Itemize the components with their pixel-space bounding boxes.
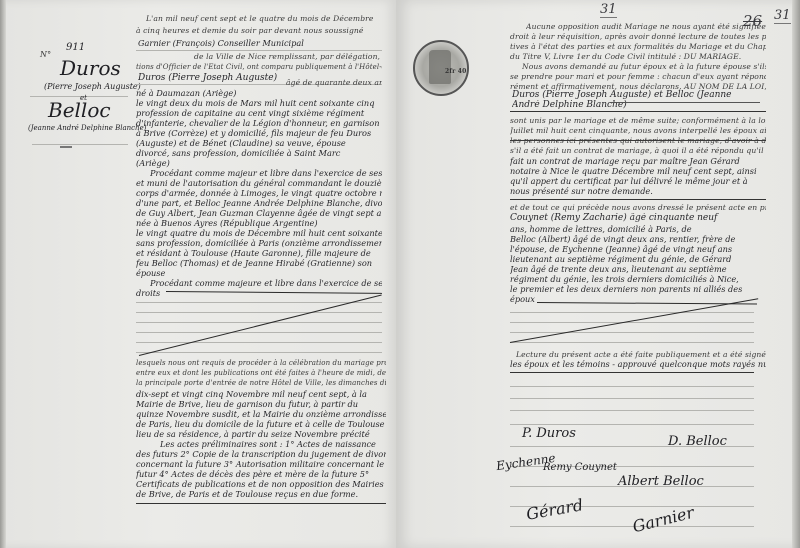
bride-name: d'une part, et Belloc Jeanne Andrée Delp…: [136, 198, 382, 208]
act-line: sans profession, domiciliée à Paris (onz…: [136, 238, 382, 248]
closing-line: Lecture du présent acte a été faite publ…: [516, 350, 766, 359]
signature-witness-albert-belloc: Albert Belloc: [618, 474, 704, 489]
act-line: corps d'armée, donnée à Limoges, le ving…: [136, 188, 382, 198]
preliminary-acts-line: Certificats de publications et de non op…: [136, 479, 386, 489]
act-line: et muni de l'autorisation du général com…: [136, 178, 382, 188]
page-edge-left: [0, 0, 6, 548]
act-line: du Titre V, Livre 1er du Code Civil inti…: [510, 52, 766, 61]
witness-intro: et de tout ce qui précède nous avons dre…: [510, 203, 766, 212]
act-line: Procédant comme majeur et libre dans l'e…: [150, 168, 382, 178]
act-line: Nous avons demandé au futur époux et à l…: [522, 62, 766, 71]
ruled-line: [510, 312, 754, 313]
contract-line: qu'il appert du certificat par lui déliv…: [510, 176, 766, 186]
act-line: divorcé, sans profession, domiciliée à S…: [136, 148, 382, 158]
page-edge-right: [792, 0, 800, 548]
ruled-line: [510, 322, 754, 323]
section-rule: [510, 111, 766, 112]
preliminary-acts-line: des futurs 2° Copie de la transcription …: [136, 449, 386, 459]
ruled-line: [136, 312, 382, 313]
revenue-stamp-seal: 2fr 40: [413, 40, 469, 96]
act-line: à cinq heures et demie du soir par devan…: [136, 26, 382, 35]
ruled-line: [136, 352, 382, 353]
section-rule: [510, 199, 766, 200]
witness-line: lieutenant au septième régiment du génie…: [510, 254, 766, 264]
officer-name: Garnier (François) Conseiller Municipal: [138, 38, 382, 48]
closing-line: les époux et les témoins - approuvé quel…: [510, 359, 766, 369]
publication-line: entre eux et dont les publications ont é…: [136, 369, 386, 377]
ruled-line: [136, 322, 382, 323]
witness-line: régiment du génie, les trois derniers do…: [510, 274, 766, 284]
ruled-line: [510, 398, 754, 399]
margin-bride-given-names: (Jeanne André Delphine Blanche): [28, 124, 146, 132]
act-line: d'infanterie, chevalier de la Légion d'h…: [136, 118, 382, 128]
publication-line: lieu de sa résidence, à partir du seize …: [136, 429, 386, 439]
act-line: sont unis par le mariage et de même suit…: [510, 116, 766, 125]
margin-rule: [30, 96, 128, 97]
margin-number-label: N°: [40, 50, 51, 59]
act-line: et résidant à Toulouse (Haute Garonne), …: [136, 248, 382, 258]
act-line: Aucune opposition audit Mariage ne nous …: [526, 22, 766, 31]
act-line: à Brive (Corrèze) et y domicilié, fils m…: [136, 128, 382, 138]
struck-act-line: les personnes ici présentes qui autorise…: [510, 136, 766, 145]
folio-number-corner: 31: [774, 8, 791, 24]
preliminary-acts-line: concernant la future 3° Autorisation mil…: [136, 459, 386, 469]
preliminary-acts-line: de Brive, de Paris et de Toulouse reçus …: [136, 489, 386, 499]
witness-line: Jean âgé de trente deux ans, lieutenant …: [510, 264, 766, 274]
bride-birthplace: née à Buenos Ayres (République Argentine…: [136, 218, 382, 228]
margin-groom-surname: Duros: [60, 56, 121, 80]
signature-groom: P. Duros: [522, 426, 576, 441]
act-line: (Ariège): [136, 158, 382, 168]
folio-number-center: 31: [600, 2, 617, 18]
groom-parents: (Auguste) et de Bénet (Claudine) sa veuv…: [136, 138, 382, 148]
witness-line: Belloc (Albert) âgé de vingt deux ans, r…: [510, 234, 766, 244]
act-line: s'il a été fait un contrat de mariage, à…: [510, 146, 766, 155]
ruled-line: [610, 102, 760, 103]
publication-line: Mairie de Brive, lieu de garnison du fut…: [136, 399, 386, 409]
publication-line: lesquels nous ont requis de procéder à l…: [136, 359, 386, 367]
witness-line: Couynet (Remy Zacharie) âgé cinquante ne…: [510, 213, 766, 223]
act-line: tives à l'état des parties et aux formal…: [510, 42, 766, 51]
publication-line: dix-sept et vingt cinq Novembre mil neuf…: [136, 389, 386, 399]
ruled-line: [136, 342, 382, 343]
section-rule: [136, 503, 386, 504]
act-line: de la Ville de Nice remplissant, par dél…: [194, 52, 382, 61]
witness-line: ans, homme de lettres, domicilié à Paris…: [510, 224, 766, 234]
signature-bride: D. Belloc: [668, 434, 727, 449]
cancellation-line: [166, 291, 382, 294]
margin-groom-given-names: (Pierre Joseph Auguste): [44, 82, 141, 91]
ruled-line: [510, 332, 754, 333]
act-line: droit à leur réquisition, après avoir do…: [510, 32, 766, 41]
publication-line: la principale porte d'entrée de notre Hô…: [136, 379, 386, 387]
publication-line: quinze Novembre susdit, et la Mairie du …: [136, 409, 386, 419]
act-line: Procédant comme majeure et libre dans l'…: [150, 278, 382, 288]
margin-divider: [60, 146, 72, 148]
act-line: se prendre pour mari et pour femme : cha…: [510, 72, 766, 81]
margin-rule: [32, 144, 128, 145]
section-rule: [510, 372, 754, 373]
margin-bride-surname: Belloc: [48, 98, 111, 122]
publication-line: de Paris, lieu du domicile de la future …: [136, 419, 386, 429]
cancellation-slash: [139, 295, 382, 356]
groom-birthdate: le vingt deux du mois de Mars mil huit c…: [136, 98, 382, 108]
left-page: N° 911 Duros (Pierre Joseph Auguste) et …: [0, 0, 397, 548]
bride-parents: feu Belloc (Thomas) et de Jeanne Hirabé …: [136, 258, 382, 268]
witness-line: le premier et les deux derniers non pare…: [510, 284, 766, 294]
margin-act-number: 911: [66, 42, 85, 53]
contract-line: fait un contrat de mariage reçu par maît…: [510, 156, 766, 166]
act-line: épouse: [136, 268, 382, 278]
act-line: tions d'Officier de l'Etat Civil, ont co…: [136, 63, 382, 71]
act-line: droits: [136, 288, 176, 298]
act-line: de Guy Albert, Jean Guzman Clayenne âgée…: [136, 208, 382, 218]
contract-line: nous présenté sur notre demande.: [510, 186, 766, 196]
act-line: Juillet mil huit cent cinquante, nous av…: [510, 126, 766, 135]
bride-birthdate: le vingt quatre du mois de Décembre mil …: [136, 228, 382, 238]
preliminary-acts-line: Les actes préliminaires sont : 1° Actes …: [160, 439, 386, 449]
ruled-line: [510, 386, 754, 387]
groom-birthplace: né à Daumazan (Ariège): [136, 88, 382, 98]
groom-profession: profession de capitaine au cent vingt si…: [136, 108, 382, 118]
register-spread: N° 911 Duros (Pierre Joseph Auguste) et …: [0, 0, 800, 548]
groom-age: âgé de quarante deux ans: [286, 78, 382, 87]
ruled-line: [510, 424, 754, 425]
preliminary-acts-line: futur 4° Actes de décès des père et mère…: [136, 469, 386, 479]
ruled-line: [510, 410, 754, 411]
act-line: L'an mil neuf cent sept et le quatre du …: [146, 14, 382, 23]
contract-line: notaire à Nice le quatre Décembre mil ne…: [510, 166, 766, 176]
seal-value: 2fr 40: [445, 68, 467, 75]
witness-line: l'épouse, de Eychenne (Jeanne) âgé de vi…: [510, 244, 766, 254]
ruled-line: [136, 332, 382, 333]
spouses-names: Duros (Pierre Joseph Auguste) et Belloc …: [512, 90, 766, 100]
ruled-line: [136, 50, 382, 51]
signature-witness-couynet: Remy Couynet: [543, 462, 617, 473]
seal-figure-icon: [429, 50, 451, 84]
ruled-line: [510, 342, 754, 343]
